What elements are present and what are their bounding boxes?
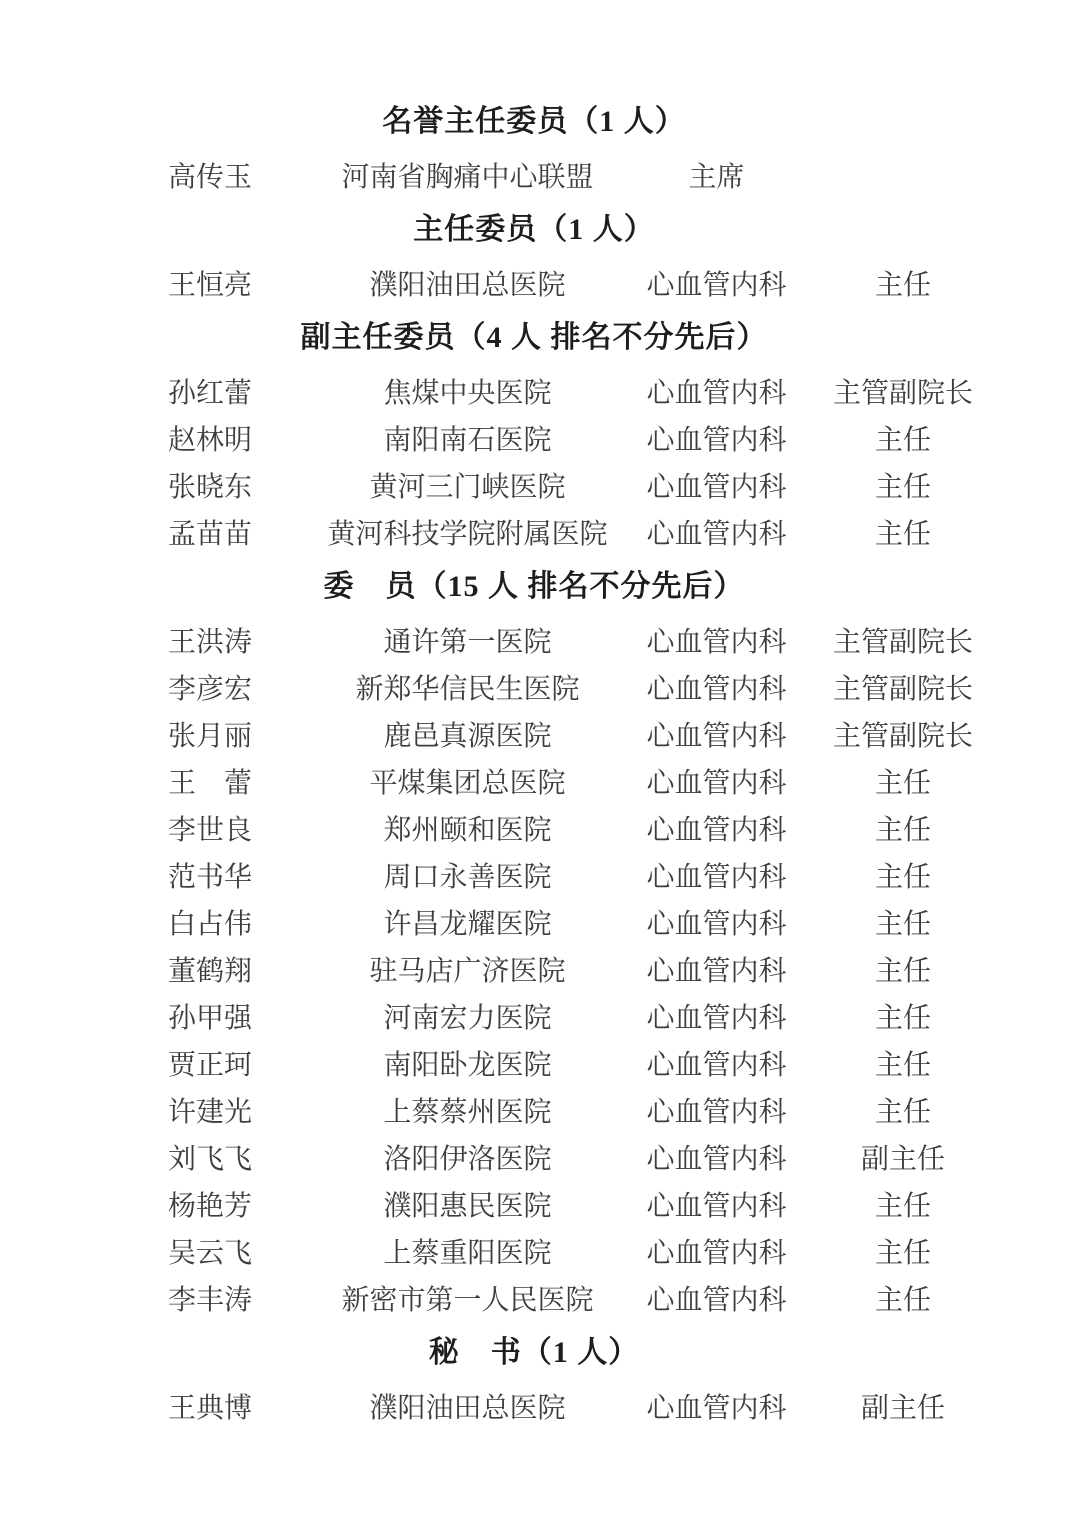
section-heading: 主任委员（1 人） (0, 206, 1080, 253)
member-name: 刘飞飞 (168, 1137, 320, 1177)
member-rows: 王恒亮 濮阳油田总医院 心血管内科 主任 (0, 259, 1080, 306)
member-title: 主任 (818, 996, 988, 1036)
member-organization: 郑州颐和医院 (320, 808, 615, 848)
member-department: 心血管内科 (615, 761, 818, 801)
member-row: 贾正珂 南阳卧龙医院 心血管内科 主任 (168, 1039, 1080, 1086)
member-department: 心血管内科 (615, 996, 818, 1036)
member-name: 王典博 (168, 1386, 320, 1426)
member-title: 主任 (818, 761, 988, 801)
member-name: 杨艳芳 (168, 1184, 320, 1224)
member-row: 李丰涛 新密市第一人民医院 心血管内科 主任 (168, 1274, 1080, 1321)
member-title: 主任 (818, 1184, 988, 1224)
member-title: 副主任 (818, 1386, 988, 1426)
member-row: 张月丽 鹿邑真源医院 心血管内科 主管副院长 (168, 710, 1080, 757)
member-name: 孟苗苗 (168, 512, 320, 552)
member-name: 李彦宏 (168, 667, 320, 707)
member-name: 王 蕾 (168, 761, 320, 801)
member-row: 王典博 濮阳油田总医院 心血管内科 副主任 (168, 1382, 1080, 1429)
member-title: 主任 (818, 949, 988, 989)
member-department: 心血管内科 (615, 418, 818, 458)
member-row: 吴云飞 上蔡重阳医院 心血管内科 主任 (168, 1227, 1080, 1274)
member-row: 张晓东 黄河三门峡医院 心血管内科 主任 (168, 461, 1080, 508)
member-name: 张月丽 (168, 714, 320, 754)
member-title: 主任 (818, 808, 988, 848)
member-organization: 驻马店广济医院 (320, 949, 615, 989)
member-rows: 孙红蕾 焦煤中央医院 心血管内科 主管副院长 赵林明 南阳南石医院 心血管内科 … (0, 367, 1080, 555)
member-organization: 通许第一医院 (320, 620, 615, 660)
committee-section: 主任委员（1 人） 王恒亮 濮阳油田总医院 心血管内科 主任 (0, 206, 1080, 306)
member-title: 主管副院长 (818, 667, 988, 707)
member-row: 孙甲强 河南宏力医院 心血管内科 主任 (168, 992, 1080, 1039)
member-organization: 南阳卧龙医院 (320, 1043, 615, 1083)
member-organization: 河南省胸痛中心联盟 (320, 155, 615, 195)
member-title: 主任 (818, 1090, 988, 1130)
member-organization: 周口永善医院 (320, 855, 615, 895)
member-rows: 王洪涛 通许第一医院 心血管内科 主管副院长 李彦宏 新郑华信民生医院 心血管内… (0, 616, 1080, 1321)
member-row: 孙红蕾 焦煤中央医院 心血管内科 主管副院长 (168, 367, 1080, 414)
member-organization: 南阳南石医院 (320, 418, 615, 458)
member-department: 心血管内科 (615, 902, 818, 942)
section-heading: 名誉主任委员（1 人） (0, 98, 1080, 145)
member-row: 王恒亮 濮阳油田总医院 心血管内科 主任 (168, 259, 1080, 306)
member-name: 王恒亮 (168, 263, 320, 303)
member-title: 主任 (818, 418, 988, 458)
member-row: 刘飞飞 洛阳伊洛医院 心血管内科 副主任 (168, 1133, 1080, 1180)
member-name: 贾正珂 (168, 1043, 320, 1083)
committee-section: 秘 书（1 人） 王典博 濮阳油田总医院 心血管内科 副主任 (0, 1329, 1080, 1429)
member-name: 董鹤翔 (168, 949, 320, 989)
member-title: 主任 (818, 512, 988, 552)
member-row: 李彦宏 新郑华信民生医院 心血管内科 主管副院长 (168, 663, 1080, 710)
member-title: 主管副院长 (818, 714, 988, 754)
member-row: 孟苗苗 黄河科技学院附属医院 心血管内科 主任 (168, 508, 1080, 555)
member-title: 主任 (818, 465, 988, 505)
member-organization: 黄河科技学院附属医院 (320, 512, 615, 552)
member-name: 高传玉 (168, 155, 320, 195)
member-organization: 上蔡蔡州医院 (320, 1090, 615, 1130)
member-organization: 新密市第一人民医院 (320, 1278, 615, 1318)
member-row: 许建光 上蔡蔡州医院 心血管内科 主任 (168, 1086, 1080, 1133)
member-department: 心血管内科 (615, 512, 818, 552)
member-name: 李丰涛 (168, 1278, 320, 1318)
member-row: 范书华 周口永善医院 心血管内科 主任 (168, 851, 1080, 898)
member-department: 心血管内科 (615, 714, 818, 754)
member-row: 董鹤翔 驻马店广济医院 心血管内科 主任 (168, 945, 1080, 992)
member-department: 心血管内科 (615, 1231, 818, 1271)
member-organization: 濮阳油田总医院 (320, 263, 615, 303)
member-department: 心血管内科 (615, 855, 818, 895)
committee-roster-document: 名誉主任委员（1 人） 高传玉 河南省胸痛中心联盟 主席 主任委员（1 人） 王… (0, 0, 1080, 1527)
member-department: 心血管内科 (615, 620, 818, 660)
member-department: 心血管内科 (615, 1278, 818, 1318)
member-title: 副主任 (818, 1137, 988, 1177)
member-organization: 鹿邑真源医院 (320, 714, 615, 754)
member-title: 主管副院长 (818, 620, 988, 660)
member-organization: 濮阳惠民医院 (320, 1184, 615, 1224)
member-organization: 焦煤中央医院 (320, 371, 615, 411)
committee-section: 委 员（15 人 排名不分先后） 王洪涛 通许第一医院 心血管内科 主管副院长 … (0, 563, 1080, 1321)
member-rows: 高传玉 河南省胸痛中心联盟 主席 (0, 151, 1080, 198)
member-department: 心血管内科 (615, 371, 818, 411)
member-name: 赵林明 (168, 418, 320, 458)
member-department: 心血管内科 (615, 1090, 818, 1130)
member-title: 主任 (818, 855, 988, 895)
member-name: 许建光 (168, 1090, 320, 1130)
member-row: 白占伟 许昌龙耀医院 心血管内科 主任 (168, 898, 1080, 945)
committee-section: 副主任委员（4 人 排名不分先后） 孙红蕾 焦煤中央医院 心血管内科 主管副院长… (0, 314, 1080, 555)
member-department: 主席 (615, 155, 818, 195)
member-department: 心血管内科 (615, 1386, 818, 1426)
member-title: 主管副院长 (818, 371, 988, 411)
member-organization: 洛阳伊洛医院 (320, 1137, 615, 1177)
member-name: 孙甲强 (168, 996, 320, 1036)
member-department: 心血管内科 (615, 808, 818, 848)
member-title: 主任 (818, 1043, 988, 1083)
member-organization: 上蔡重阳医院 (320, 1231, 615, 1271)
member-department: 心血管内科 (615, 465, 818, 505)
member-title: 主任 (818, 1278, 988, 1318)
member-organization: 濮阳油田总医院 (320, 1386, 615, 1426)
member-department: 心血管内科 (615, 667, 818, 707)
member-organization: 河南宏力医院 (320, 996, 615, 1036)
member-name: 王洪涛 (168, 620, 320, 660)
member-department: 心血管内科 (615, 1137, 818, 1177)
committee-section: 名誉主任委员（1 人） 高传玉 河南省胸痛中心联盟 主席 (0, 98, 1080, 198)
member-row: 王洪涛 通许第一医院 心血管内科 主管副院长 (168, 616, 1080, 663)
member-title: 主任 (818, 1231, 988, 1271)
member-organization: 黄河三门峡医院 (320, 465, 615, 505)
member-rows: 王典博 濮阳油田总医院 心血管内科 副主任 (0, 1382, 1080, 1429)
member-organization: 新郑华信民生医院 (320, 667, 615, 707)
member-title: 主任 (818, 902, 988, 942)
sections-container: 名誉主任委员（1 人） 高传玉 河南省胸痛中心联盟 主席 主任委员（1 人） 王… (0, 98, 1080, 1429)
member-organization: 平煤集团总医院 (320, 761, 615, 801)
member-department: 心血管内科 (615, 263, 818, 303)
member-name: 吴云飞 (168, 1231, 320, 1271)
member-row: 王 蕾 平煤集团总医院 心血管内科 主任 (168, 757, 1080, 804)
member-organization: 许昌龙耀医院 (320, 902, 615, 942)
member-row: 高传玉 河南省胸痛中心联盟 主席 (168, 151, 1080, 198)
member-row: 赵林明 南阳南石医院 心血管内科 主任 (168, 414, 1080, 461)
member-department: 心血管内科 (615, 1184, 818, 1224)
member-name: 范书华 (168, 855, 320, 895)
member-row: 杨艳芳 濮阳惠民医院 心血管内科 主任 (168, 1180, 1080, 1227)
member-title: 主任 (818, 263, 988, 303)
member-name: 张晓东 (168, 465, 320, 505)
section-heading: 秘 书（1 人） (0, 1329, 1080, 1376)
member-department: 心血管内科 (615, 1043, 818, 1083)
member-row: 李世良 郑州颐和医院 心血管内科 主任 (168, 804, 1080, 851)
member-name: 白占伟 (168, 902, 320, 942)
member-name: 李世良 (168, 808, 320, 848)
member-name: 孙红蕾 (168, 371, 320, 411)
section-heading: 副主任委员（4 人 排名不分先后） (0, 314, 1080, 361)
section-heading: 委 员（15 人 排名不分先后） (0, 563, 1080, 610)
member-department: 心血管内科 (615, 949, 818, 989)
